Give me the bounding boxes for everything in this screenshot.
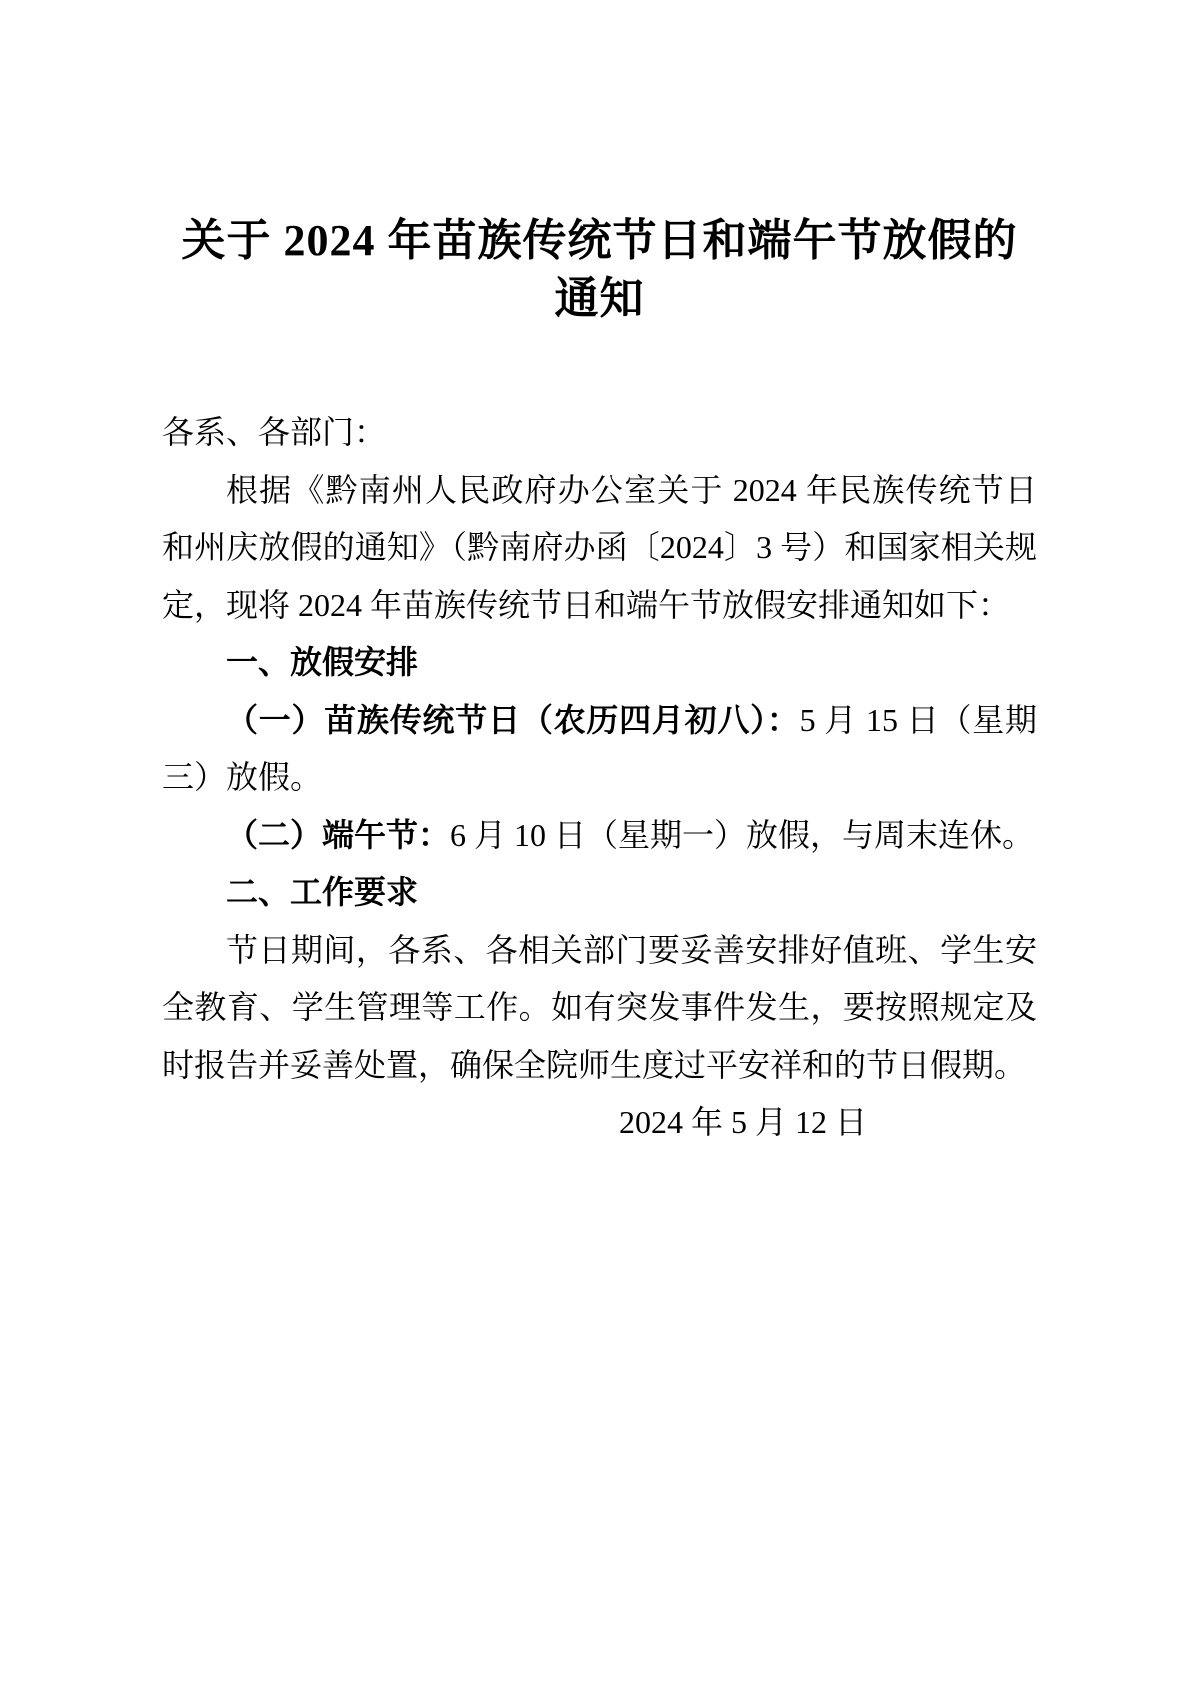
holiday-item-miao-lead: （一）苗族传统节日（农历四月初八）： — [226, 702, 800, 738]
document-page: 关于 2024 年苗族传统节日和端午节放假的通知 各系、各部门： 根据《黔南州人… — [0, 0, 1191, 1684]
document-content: 关于 2024 年苗族传统节日和端午节放假的通知 各系、各部门： 根据《黔南州人… — [0, 0, 1191, 1152]
holiday-item-duanwu-text: 6 月 10 日（星期一）放假，与周末连休。 — [450, 817, 1034, 853]
holiday-item-duanwu-lead: （二）端午节： — [226, 817, 450, 853]
holiday-item-miao: （一）苗族传统节日（农历四月初八）：5 月 15 日（星期三）放假。 — [162, 692, 1037, 807]
document-body: 各系、各部门： 根据《黔南州人民政府办公室关于 2024 年民族传统节日和州庆放… — [162, 404, 1037, 1152]
section-1-heading: 一、放假安排 — [162, 634, 1037, 692]
work-requirements-paragraph: 节日期间，各系、各相关部门要妥善安排好值班、学生安全教育、学生管理等工作。如有突… — [162, 922, 1037, 1095]
holiday-item-duanwu: （二）端午节：6 月 10 日（星期一）放假，与周末连休。 — [162, 807, 1037, 865]
document-title: 关于 2024 年苗族传统节日和端午节放假的通知 — [162, 0, 1037, 328]
section-2-heading: 二、工作要求 — [162, 864, 1037, 922]
intro-paragraph: 根据《黔南州人民政府办公室关于 2024 年民族传统节日和州庆放假的通知》（黔南… — [162, 462, 1037, 635]
salutation-line: 各系、各部门： — [162, 404, 1037, 462]
issue-date: 2024 年 5 月 12 日 — [162, 1094, 1037, 1152]
